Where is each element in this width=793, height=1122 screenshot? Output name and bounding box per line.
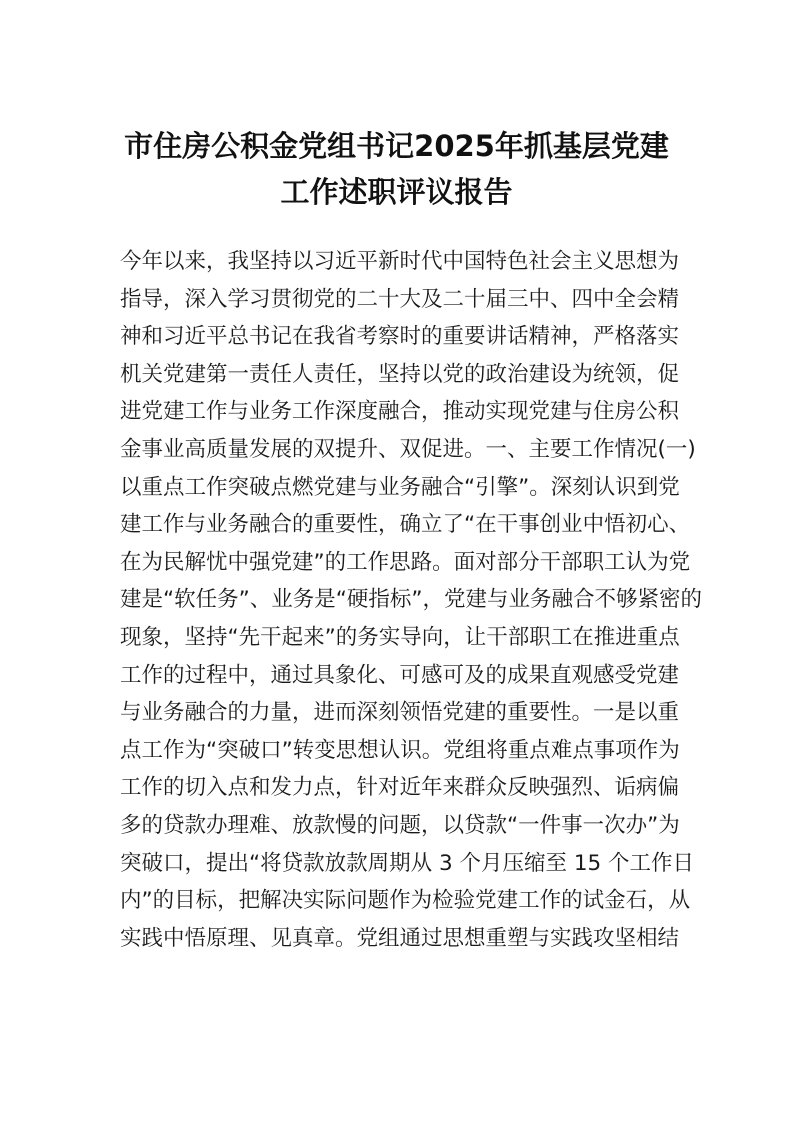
body-line: 点工作为“突破口”转变思想认识。党组将重点难点事项作为: [120, 732, 676, 770]
body-line: 今年以来，我坚持以习近平新时代中国特色社会主义思想为: [120, 243, 676, 281]
document-body: 今年以来，我坚持以习近平新时代中国特色社会主义思想为 指导，深入学习贯彻党的二十…: [120, 243, 676, 957]
body-line: 内”的目标，把解决实际问题作为检验党建工作的试金石，从: [120, 882, 676, 920]
document-title-line-1: 市住房公积金党组书记2025年抓基层党建: [0, 126, 793, 166]
body-line: 以重点工作突破点燃党建与业务融合“引擎”。深刻认识到党: [120, 469, 676, 507]
body-line: 工作的切入点和发力点，针对近年来群众反映强烈、诟病偏: [120, 769, 676, 807]
body-line: 工作的过程中，通过具象化、可感可及的成果直观感受党建: [120, 657, 676, 695]
body-line: 神和习近平总书记在我省考察时的重要讲话精神，严格落实: [120, 318, 676, 356]
body-line: 建是“软任务”、业务是“硬指标”，党建与业务融合不够紧密的: [120, 581, 676, 619]
body-line: 指导，深入学习贯彻党的二十大及二十届三中、四中全会精: [120, 281, 676, 319]
body-line: 与业务融合的力量，进而深刻领悟党建的重要性。一是以重: [120, 694, 676, 732]
body-line: 多的贷款办理难、放款慢的问题，以贷款“一件事一次办”为: [120, 807, 676, 845]
body-line: 建工作与业务融合的重要性，确立了“在干事创业中悟初心、: [120, 506, 676, 544]
body-line: 突破口，提出“将贷款放款周期从 3 个月压缩至 15 个工作日: [120, 845, 676, 883]
document-title-line-2: 工作述职评议报告: [0, 172, 793, 212]
body-line: 进党建工作与业务工作深度融合，推动实现党建与住房公积: [120, 393, 676, 431]
body-line: 实践中悟原理、见真章。党组通过思想重塑与实践攻坚相结: [120, 920, 676, 958]
body-line: 在为民解忧中强党建”的工作思路。面对部分干部职工认为党: [120, 544, 676, 582]
body-line: 现象，坚持“先干起来”的务实导向，让干部职工在推进重点: [120, 619, 676, 657]
document-page: 市住房公积金党组书记2025年抓基层党建 工作述职评议报告 今年以来，我坚持以习…: [0, 0, 793, 1122]
body-line: 机关党建第一责任人责任，坚持以党的政治建设为统领，促: [120, 356, 676, 394]
body-line: 金事业高质量发展的双提升、双促进。一、主要工作情况(一): [120, 431, 676, 469]
